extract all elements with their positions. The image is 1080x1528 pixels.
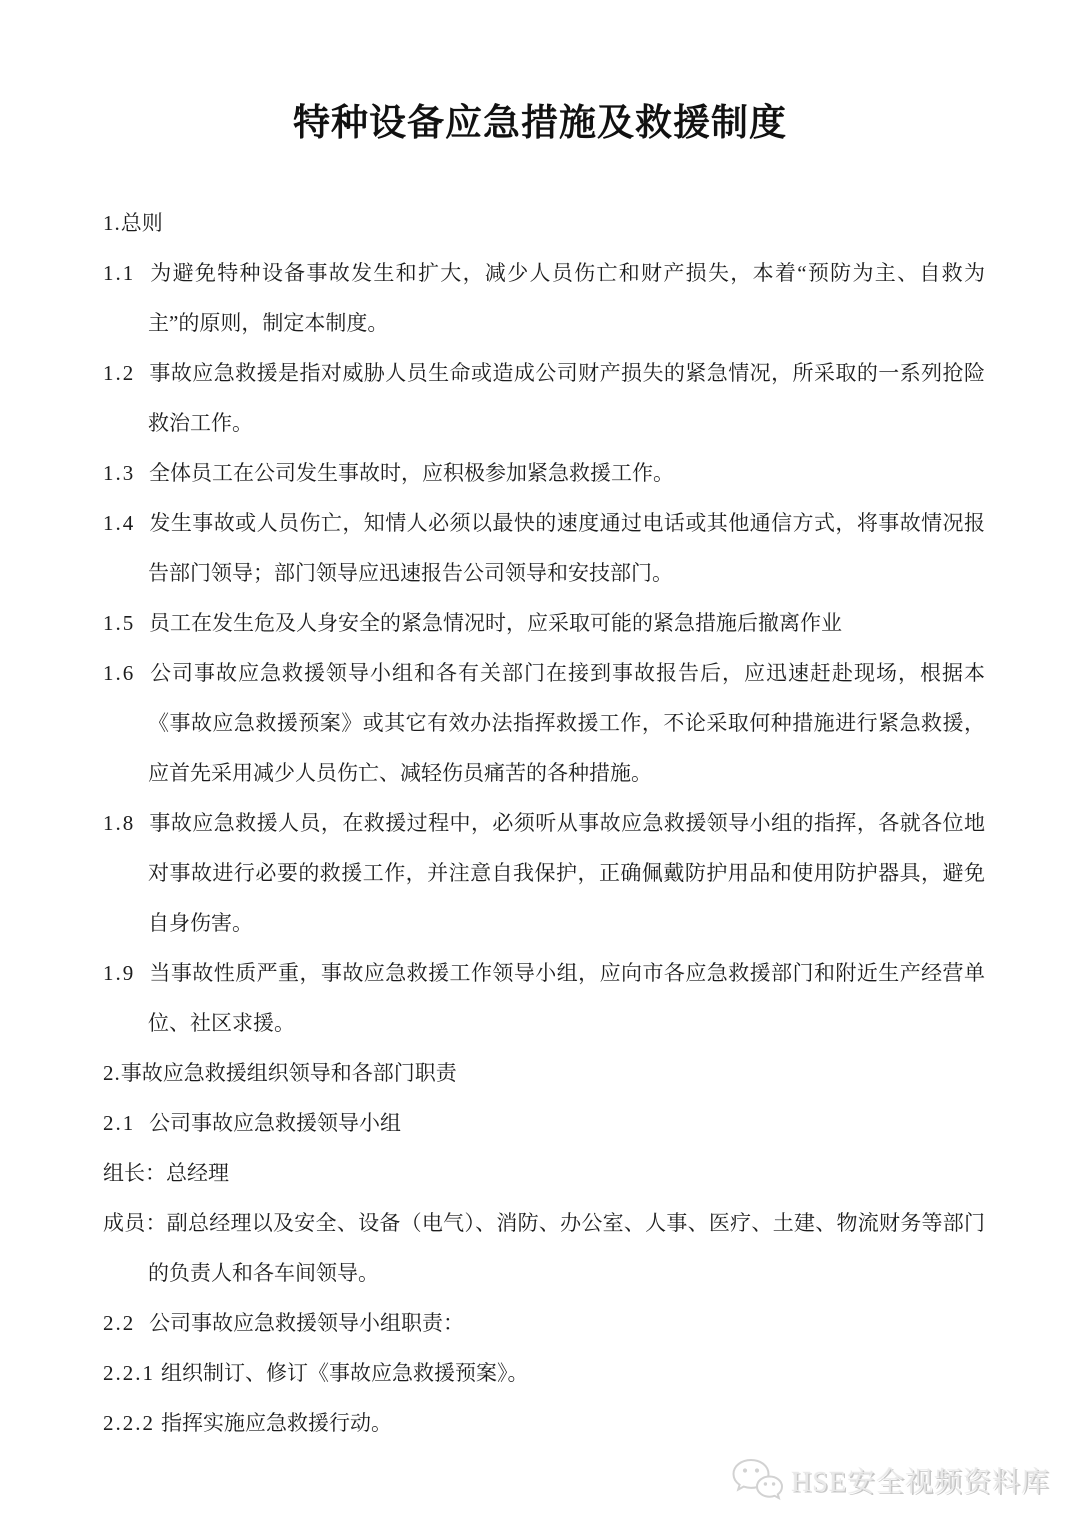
paragraph-text: 公司事故应急救援领导小组和各有关部门在接到事故报告后，应迅速赶赴现场，根据本《事…: [148, 661, 985, 785]
paragraph-text: 全体员工在公司发生事故时，应积极参加紧急救援工作。: [149, 461, 674, 485]
document-page: 特种设备应急措施及救援制度 1.总则 1.1为避免特种设备事故发生和扩大，减少人…: [0, 0, 1080, 1528]
wechat-icon: [730, 1456, 784, 1504]
paragraph: 1.4发生事故或人员伤亡，知情人必须以最快的速度通过电话或其他通信方式，将事故情…: [103, 498, 985, 598]
paragraph-number: 2.: [103, 1048, 121, 1098]
watermark-text: HSE安全视频资料库: [791, 1460, 1050, 1500]
paragraph: 1.2事故应急救援是指对威胁人员生命或造成公司财产损失的紧急情况，所采取的一系列…: [103, 348, 985, 448]
paragraph: 2.事故应急救援组织领导和各部门职责: [103, 1048, 985, 1098]
paragraph-number: 2.2: [103, 1298, 143, 1348]
paragraph-text: 公司事故应急救援领导小组: [149, 1111, 401, 1135]
paragraph: 1.总则: [103, 198, 985, 248]
paragraph-number: 2.2.2: [103, 1398, 155, 1448]
paragraph-text: 组长：总经理: [103, 1161, 229, 1185]
paragraph-text: 为避免特种设备事故发生和扩大，减少人员伤亡和财产损失，本着“预防为主、自救为主”…: [148, 261, 985, 335]
paragraph-number: 1.6: [103, 648, 143, 698]
paragraph-text: 事故应急救援人员，在救援过程中，必须听从事故应急救援领导小组的指挥，各就各位地对…: [148, 811, 985, 935]
document-title: 特种设备应急措施及救援制度: [0, 0, 1080, 146]
paragraph: 成员：副总经理以及安全、设备（电气）、消防、办公室、人事、医疗、土建、物流财务等…: [103, 1198, 985, 1298]
paragraph: 1.9当事故性质严重，事故应急救援工作领导小组，应向市各应急救援部门和附近生产经…: [103, 948, 985, 1048]
document-body: 1.总则 1.1为避免特种设备事故发生和扩大，减少人员伤亡和财产损失，本着“预防…: [103, 198, 985, 1448]
paragraph: 1.1为避免特种设备事故发生和扩大，减少人员伤亡和财产损失，本着“预防为主、自救…: [103, 248, 985, 348]
paragraph-number: 1.2: [103, 348, 143, 398]
paragraph-text: 发生事故或人员伤亡，知情人必须以最快的速度通过电话或其他通信方式，将事故情况报告…: [148, 511, 985, 585]
paragraph: 2.1公司事故应急救援领导小组: [103, 1098, 985, 1148]
paragraph-text: 公司事故应急救援领导小组职责：: [149, 1311, 464, 1335]
paragraph: 组长：总经理: [103, 1148, 985, 1198]
paragraph: 1.6公司事故应急救援领导小组和各有关部门在接到事故报告后，应迅速赶赴现场，根据…: [103, 648, 985, 798]
paragraph-number: 1.3: [103, 448, 143, 498]
paragraph-text: 事故应急救援是指对威胁人员生命或造成公司财产损失的紧急情况，所采取的一系列抢险救…: [148, 361, 985, 435]
paragraph-number: 1.: [103, 198, 121, 248]
paragraph: 1.5员工在发生危及人身安全的紧急情况时，应采取可能的紧急措施后撤离作业: [103, 598, 985, 648]
paragraph: 2.2.2指挥实施应急救援行动。: [103, 1398, 985, 1448]
paragraph-text: 总则: [121, 211, 163, 235]
paragraph-text: 事故应急救援组织领导和各部门职责: [121, 1061, 457, 1085]
paragraph-number: 1.1: [103, 248, 143, 298]
paragraph: 2.2.1组织制订、修订《事故应急救援预案》。: [103, 1348, 985, 1398]
paragraph-number: 1.8: [103, 798, 143, 848]
paragraph: 2.2公司事故应急救援领导小组职责：: [103, 1298, 985, 1348]
watermark: HSE安全视频资料库: [730, 1456, 1050, 1504]
paragraph-number: 1.4: [103, 498, 143, 548]
paragraph-text: 成员：副总经理以及安全、设备（电气）、消防、办公室、人事、医疗、土建、物流财务等…: [103, 1211, 985, 1285]
paragraph: 1.8事故应急救援人员，在救援过程中，必须听从事故应急救援领导小组的指挥，各就各…: [103, 798, 985, 948]
paragraph-text: 当事故性质严重，事故应急救援工作领导小组，应向市各应急救援部门和附近生产经营单位…: [148, 961, 985, 1035]
paragraph-number: 1.9: [103, 948, 143, 998]
paragraph-number: 2.2.1: [103, 1348, 155, 1398]
paragraph-number: 2.1: [103, 1098, 143, 1148]
paragraph-number: 1.5: [103, 598, 143, 648]
paragraph-text: 组织制订、修订《事故应急救援预案》。: [161, 1361, 529, 1385]
paragraph-text: 员工在发生危及人身安全的紧急情况时，应采取可能的紧急措施后撤离作业: [149, 611, 842, 635]
paragraph: 1.3全体员工在公司发生事故时，应积极参加紧急救援工作。: [103, 448, 985, 498]
paragraph-text: 指挥实施应急救援行动。: [161, 1411, 392, 1435]
